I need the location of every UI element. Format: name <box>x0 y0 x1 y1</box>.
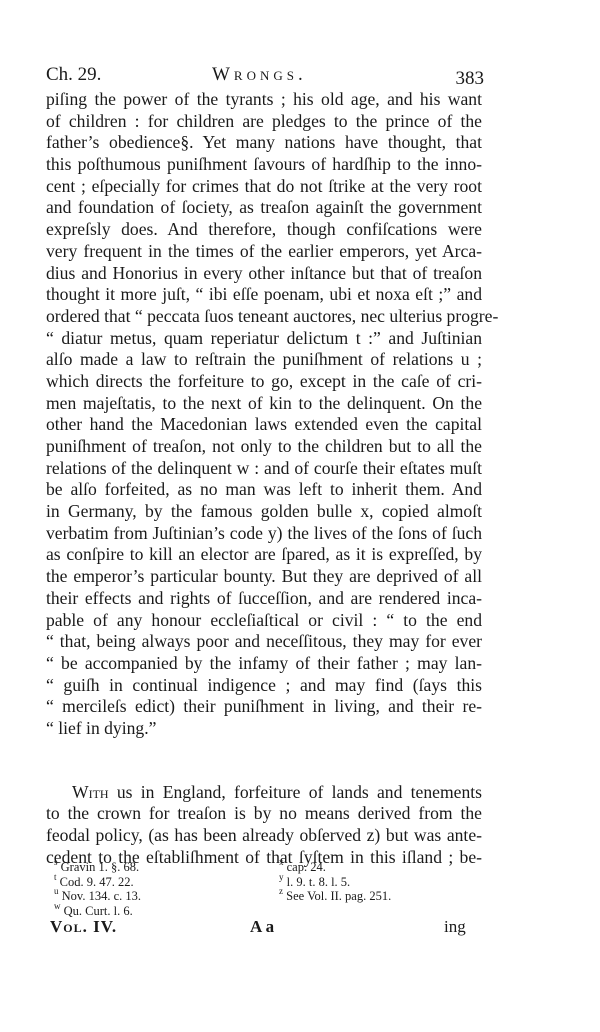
volume-label: Vol. IV. <box>50 917 117 937</box>
text-line: relations of the delinquent w : and of c… <box>46 458 482 480</box>
footnote: t Cod. 9. 47. 22. <box>54 875 141 890</box>
text-line: dius and Honorius in every other inſtanc… <box>46 263 482 285</box>
footnote-mark: z <box>279 886 283 896</box>
text-line: pable of any honour eccleſiaſtical or ci… <box>46 610 482 632</box>
text-line: very frequent in the times of the earlie… <box>46 241 482 263</box>
footnote: u Nov. 134. c. 13. <box>54 889 141 904</box>
footnote-text: cap. 24. <box>287 860 326 874</box>
lead-word: With <box>72 782 109 802</box>
footnotes-right-column: x cap. 24. y l. 9. t. 8. l. 5. z See Vol… <box>279 860 391 904</box>
text-line: piſing the power of the tyrants ; his ol… <box>46 89 482 111</box>
text-line: thought it more juſt, “ ibi eſſe poenam,… <box>46 284 482 306</box>
text-line: With us in England, forfeiture of lands … <box>46 782 482 804</box>
footnote-mark: s <box>54 857 58 867</box>
text-line: of children : for children are pledges t… <box>46 111 482 133</box>
footnote-mark: t <box>54 872 57 882</box>
catchword: ing <box>444 917 466 937</box>
running-head: Ch. 29. Wrongs. 383 <box>44 64 484 90</box>
paragraph-1: piſing the power of the tyrants ; his ol… <box>46 89 482 740</box>
text-line: cent ; eſpecially for crimes that do not… <box>46 176 482 198</box>
footnote-text: Cod. 9. 47. 22. <box>60 875 134 889</box>
text-line: which directs the forfeiture to go, exce… <box>46 371 482 393</box>
page-number: 383 <box>456 68 485 90</box>
text-line: feodal policy, (as has been already obſe… <box>46 825 482 847</box>
footnote-text: l. 9. t. 8. l. 5. <box>287 875 351 889</box>
text-line: in Germany, by the famous golden bulle x… <box>46 501 482 523</box>
text-line: “ that, being always poor and neceſſitou… <box>46 631 482 653</box>
text-line: ordered that “ peccata ſuos teneant auct… <box>46 306 482 328</box>
footnote-mark: w <box>54 901 61 911</box>
footnote: x cap. 24. <box>279 860 391 875</box>
text-line: father’s obedience§. Yet many nations ha… <box>46 132 482 154</box>
text-line: be alſo forfeited, as no man was left to… <box>46 479 482 501</box>
line-rest: us in England, forfeiture of lands and t… <box>109 782 482 802</box>
paragraph-gap <box>46 740 482 782</box>
footnote-text: Nov. 134. c. 13. <box>62 889 141 903</box>
text-line: “ mercileſs edict) their puniſhment in l… <box>46 696 482 718</box>
text-line: puniſhment of treaſon, not only to the c… <box>46 436 482 458</box>
footnote-text: Gravin 1. §. 68. <box>61 860 139 874</box>
footnote-mark: x <box>279 857 284 867</box>
text-line: expreſsly does. And therefore, though co… <box>46 219 482 241</box>
text-line: to the crown for treaſon is by no means … <box>46 803 482 825</box>
text-line: “ lief in dying.” <box>46 718 482 740</box>
footnote: s Gravin 1. §. 68. <box>54 860 141 875</box>
text-line: the emperor’s particular bounty. But the… <box>46 566 482 588</box>
text-line: verbatim from Juſtinian’s code y) the li… <box>46 523 482 545</box>
text-line: other hand the Macedonian laws extended … <box>46 414 482 436</box>
text-line: “ guiſh in continual indigence ; and may… <box>46 675 482 697</box>
text-line: “ diatur metus, quam reperiatur delictum… <box>46 328 482 350</box>
book-page: Ch. 29. Wrongs. 383 piſing the power of … <box>0 0 600 1032</box>
chapter-label: Ch. 29. <box>46 64 101 86</box>
text-line: their effects and rights of ſucceſſion, … <box>46 588 482 610</box>
text-line: men majeſtatis, to the next of kin to th… <box>46 393 482 415</box>
section-title: Wrongs. <box>212 64 307 86</box>
text-line: and foundation of ſociety, as treaſon ag… <box>46 197 482 219</box>
text-line: “ be accompanied by the infamy of their … <box>46 653 482 675</box>
text-line: as conſpire to kill an elector are ſpare… <box>46 544 482 566</box>
text-line: alſo made a law to reſtrain the puniſhme… <box>46 349 482 371</box>
footnote-mark: y <box>279 872 284 882</box>
footnote-text: See Vol. II. pag. 251. <box>286 889 391 903</box>
footnotes-left-column: s Gravin 1. §. 68. t Cod. 9. 47. 22. u N… <box>54 860 141 918</box>
signature-mark: A a <box>250 917 274 937</box>
body-text: piſing the power of the tyrants ; his ol… <box>46 89 482 868</box>
footnote: z See Vol. II. pag. 251. <box>279 889 391 904</box>
footnote: y l. 9. t. 8. l. 5. <box>279 875 391 890</box>
paragraph-2: With us in England, forfeiture of lands … <box>46 782 482 869</box>
footnote-text: Qu. Curt. l. 6. <box>64 904 133 918</box>
footnote-mark: u <box>54 886 59 896</box>
signature-line: Vol. IV. A a ing <box>50 917 470 941</box>
text-line: this poſthumous puniſhment ſavours of ha… <box>46 154 482 176</box>
